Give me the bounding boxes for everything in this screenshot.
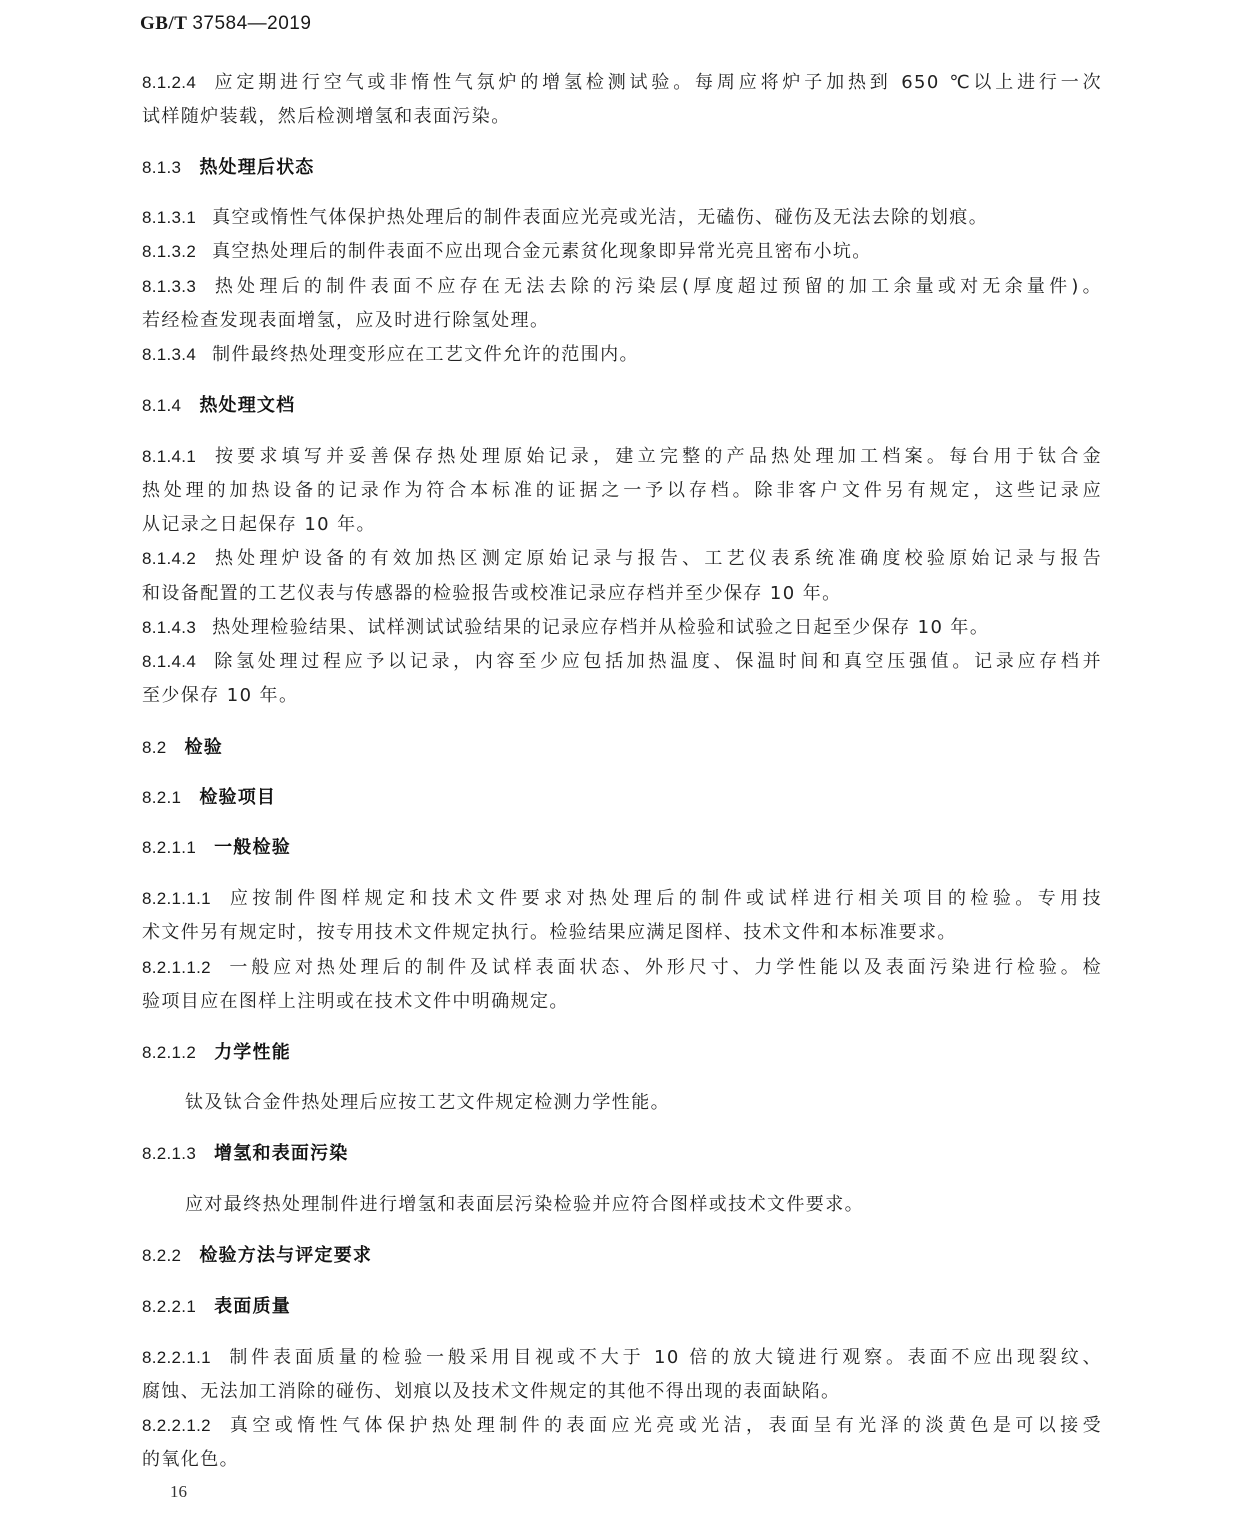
clause-8-1-4-2-line-2: 和设备配置的工艺仪表与传感器的检验报告或校准记录应存档并至少保存 10 年。 — [142, 577, 1102, 611]
clause-8-2-2-1-1-line-2: 腐蚀、无法加工消除的碰伤、划痕以及技术文件规定的其他不得出现的表面缺陷。 — [142, 1375, 1102, 1409]
heading-number: 8.2.1.2 — [142, 1043, 196, 1062]
standard-code: GB/T — [140, 13, 187, 34]
clause-number: 8.1.3.2 — [142, 242, 196, 261]
clause-text: 热处理炉设备的有效加热区测定原始记录与报告、工艺仪表系统准确度校验原始记录与报告 — [212, 548, 1102, 569]
heading-title: 力学性能 — [214, 1042, 291, 1063]
heading-8-1-4: 8.1.4热处理文档 — [142, 389, 295, 423]
standard-header: GB/T 37584—2019 — [140, 13, 311, 35]
paragraph-8-2-1-2: 钛及钛合金件热处理后应按工艺文件规定检测力学性能。 — [185, 1086, 1145, 1120]
clause-8-1-4-4-line-1: 8.1.4.4除氢处理过程应予以记录，内容至少应包括加热温度、保温时间和真空压强… — [142, 645, 1102, 679]
clause-text: 真空或惰性气体保护热处理制件的表面应光亮或光洁，表面呈有光泽的淡黄色是可以接受 — [227, 1415, 1102, 1436]
heading-number: 8.1.3 — [142, 158, 181, 177]
heading-number: 8.2 — [142, 738, 167, 757]
clause-text: 制件最终热处理变形应在工艺文件允许的范围内。 — [212, 344, 639, 365]
clause-number: 8.2.2.1.2 — [142, 1416, 211, 1435]
heading-8-2-1-2: 8.2.1.2力学性能 — [142, 1036, 291, 1070]
clause-text: 制件表面质量的检验一般采用目视或不大于 10 倍的放大镜进行观察。表面不应出现裂… — [227, 1347, 1102, 1368]
clause-number: 8.2.1.1.2 — [142, 958, 211, 977]
clause-8-1-3-1: 8.1.3.1真空或惰性气体保护热处理后的制件表面应光亮或光洁，无磕伤、碰伤及无… — [142, 201, 1102, 235]
heading-8-2-2: 8.2.2检验方法与评定要求 — [142, 1239, 372, 1273]
clause-text: 热处理后的制件表面不应存在无法去除的污染层(厚度超过预留的加工余量或对无余量件)… — [212, 276, 1102, 297]
heading-title: 一般检验 — [214, 837, 291, 858]
clause-text: 热处理检验结果、试样测试试验结果的记录应存档并从检验和试验之日起至少保存 10 … — [212, 617, 989, 638]
clause-8-2-2-1-1-line-1: 8.2.2.1.1制件表面质量的检验一般采用目视或不大于 10 倍的放大镜进行观… — [142, 1341, 1102, 1375]
heading-title: 检验项目 — [199, 787, 276, 808]
heading-number: 8.1.4 — [142, 396, 181, 415]
page-number: 16 — [170, 1482, 187, 1502]
clause-8-2-2-1-2-line-1: 8.2.2.1.2真空或惰性气体保护热处理制件的表面应光亮或光洁，表面呈有光泽的… — [142, 1409, 1102, 1443]
clause-text: 除氢处理过程应予以记录，内容至少应包括加热温度、保温时间和真空压强值。记录应存档… — [212, 651, 1102, 672]
clause-number: 8.2.2.1.1 — [142, 1348, 211, 1367]
heading-title: 热处理后状态 — [199, 157, 314, 178]
standard-number: 37584—2019 — [192, 13, 311, 34]
heading-number: 8.2.1.3 — [142, 1144, 196, 1163]
clause-8-1-3-4: 8.1.3.4制件最终热处理变形应在工艺文件允许的范围内。 — [142, 338, 1102, 372]
clause-number: 8.1.3.3 — [142, 277, 196, 296]
clause-number: 8.1.2.4 — [142, 73, 196, 92]
heading-number: 8.2.2.1 — [142, 1297, 196, 1316]
heading-8-2-1-3: 8.2.1.3增氢和表面污染 — [142, 1137, 349, 1171]
clause-8-1-4-1-line-3: 从记录之日起保存 10 年。 — [142, 508, 1102, 542]
clause-text: 应按制件图样规定和技术文件要求对热处理后的制件或试样进行相关项目的检验。专用技 — [227, 888, 1102, 909]
heading-title: 增氢和表面污染 — [214, 1143, 348, 1164]
clause-8-1-4-4-line-2: 至少保存 10 年。 — [142, 679, 1102, 713]
heading-number: 8.2.1 — [142, 788, 181, 807]
clause-8-1-3-3-line-2: 若经检查发现表面增氢，应及时进行除氢处理。 — [142, 304, 1102, 338]
document-page: GB/T 37584—2019 8.1.2.4应定期进行空气或非惰性气氛炉的增氢… — [0, 0, 1240, 1515]
clause-number: 8.2.1.1.1 — [142, 889, 211, 908]
clause-number: 8.1.4.3 — [142, 618, 196, 637]
clause-number: 8.1.4.4 — [142, 652, 196, 671]
heading-8-1-3: 8.1.3热处理后状态 — [142, 151, 315, 185]
clause-number: 8.1.4.2 — [142, 549, 196, 568]
clause-8-1-2-4-line-1: 8.1.2.4应定期进行空气或非惰性气氛炉的增氢检测试验。每周应将炉子加热到 6… — [142, 66, 1102, 100]
clause-text: 真空或惰性气体保护热处理后的制件表面应光亮或光洁，无磕伤、碰伤及无法去除的划痕。 — [212, 207, 988, 228]
clause-text: 一般应对热处理后的制件及试样表面状态、外形尺寸、力学性能以及表面污染进行检验。检 — [227, 957, 1102, 978]
clause-number: 8.1.3.1 — [142, 208, 196, 227]
clause-text: 真空热处理后的制件表面不应出现合金元素贫化现象即异常光亮且密布小坑。 — [212, 241, 872, 262]
clause-text: 应定期进行空气或非惰性气氛炉的增氢检测试验。每周应将炉子加热到 650 ℃以上进… — [212, 72, 1102, 93]
clause-text: 按要求填写并妥善保存热处理原始记录，建立完整的产品热处理加工档案。每台用于钛合金 — [212, 446, 1102, 467]
heading-8-2: 8.2检验 — [142, 731, 223, 765]
heading-8-2-2-1: 8.2.2.1表面质量 — [142, 1290, 291, 1324]
clause-number: 8.1.4.1 — [142, 447, 196, 466]
heading-8-2-1: 8.2.1检验项目 — [142, 781, 276, 815]
heading-8-2-1-1: 8.2.1.1一般检验 — [142, 831, 291, 865]
heading-number: 8.2.2 — [142, 1246, 181, 1265]
clause-8-2-1-1-2-line-2: 验项目应在图样上注明或在技术文件中明确规定。 — [142, 985, 1102, 1019]
heading-title: 表面质量 — [214, 1296, 291, 1317]
clause-number: 8.1.3.4 — [142, 345, 196, 364]
clause-8-2-1-1-2-line-1: 8.2.1.1.2一般应对热处理后的制件及试样表面状态、外形尺寸、力学性能以及表… — [142, 951, 1102, 985]
clause-8-1-4-3: 8.1.4.3热处理检验结果、试样测试试验结果的记录应存档并从检验和试验之日起至… — [142, 611, 1102, 645]
clause-8-2-1-1-1-line-2: 术文件另有规定时，按专用技术文件规定执行。检验结果应满足图样、技术文件和本标准要… — [142, 916, 1102, 950]
clause-8-1-3-3-line-1: 8.1.3.3热处理后的制件表面不应存在无法去除的污染层(厚度超过预留的加工余量… — [142, 270, 1102, 304]
clause-8-2-2-1-2-line-2: 的氧化色。 — [142, 1443, 1102, 1477]
heading-title: 检验方法与评定要求 — [199, 1245, 372, 1266]
clause-8-1-4-2-line-1: 8.1.4.2热处理炉设备的有效加热区测定原始记录与报告、工艺仪表系统准确度校验… — [142, 542, 1102, 576]
clause-8-1-4-1-line-2: 热处理的加热设备的记录作为符合本标准的证据之一予以存档。除非客户文件另有规定，这… — [142, 474, 1102, 508]
clause-8-1-4-1-line-1: 8.1.4.1按要求填写并妥善保存热处理原始记录，建立完整的产品热处理加工档案。… — [142, 440, 1102, 474]
clause-8-1-2-4-line-2: 试样随炉装载，然后检测增氢和表面污染。 — [142, 100, 1102, 134]
paragraph-8-2-1-3: 应对最终热处理制件进行增氢和表面层污染检验并应符合图样或技术文件要求。 — [185, 1188, 1145, 1222]
heading-title: 热处理文档 — [199, 395, 295, 416]
clause-8-1-3-2: 8.1.3.2真空热处理后的制件表面不应出现合金元素贫化现象即异常光亮且密布小坑… — [142, 235, 1102, 269]
heading-title: 检验 — [185, 737, 223, 758]
heading-number: 8.2.1.1 — [142, 838, 196, 857]
clause-8-2-1-1-1-line-1: 8.2.1.1.1应按制件图样规定和技术文件要求对热处理后的制件或试样进行相关项… — [142, 882, 1102, 916]
